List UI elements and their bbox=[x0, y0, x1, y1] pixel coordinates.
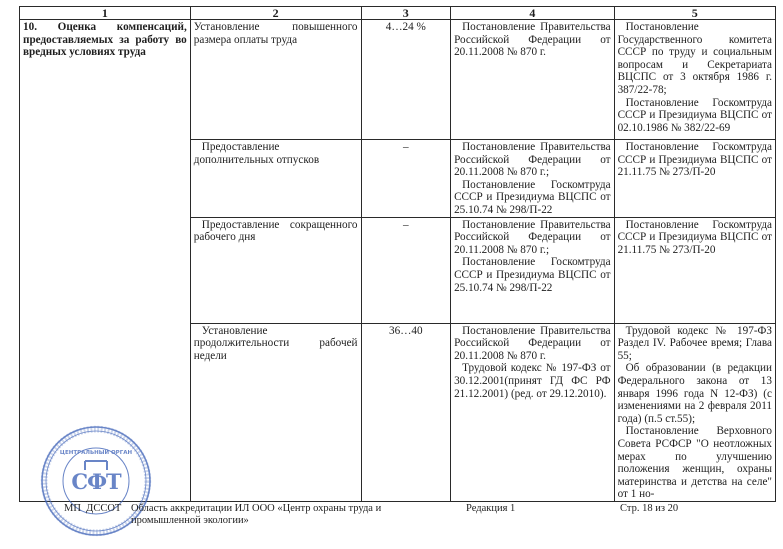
norm-docs-cell: Трудовой кодекс № 197-ФЗ Раздел IV. Рабо… bbox=[614, 323, 775, 501]
system-label: ДССОТ bbox=[86, 503, 121, 514]
value-cell: 4…24 % bbox=[361, 20, 451, 140]
doc-reference: Постановление Государственного комитета … bbox=[618, 21, 772, 97]
method-docs-cell: Постановление Правительства Российской Ф… bbox=[451, 323, 614, 501]
doc-reference: Постановление Госкомтруда СССР и Президи… bbox=[618, 97, 772, 135]
column-number-row: 1 2 3 4 5 bbox=[20, 7, 776, 20]
doc-reference: Постановление Госкомтруда СССР и Президи… bbox=[618, 219, 772, 257]
accreditation-text: Область аккредитации ИЛ ООО «Центр охран… bbox=[131, 503, 451, 527]
doc-reference: Постановление Госкомтруда СССР и Президи… bbox=[618, 141, 772, 179]
method-docs-cell: Постановление Правительства Российской Ф… bbox=[451, 20, 614, 140]
value-cell: – bbox=[361, 217, 451, 323]
column-number-5: 5 bbox=[614, 7, 775, 20]
measure-cell: Установление повышенного размера оплаты … bbox=[190, 20, 361, 140]
norm-docs-cell: Постановление Госкомтруда СССР и Президи… bbox=[614, 217, 775, 323]
doc-reference: Постановление Правительства Российской Ф… bbox=[454, 219, 610, 257]
value-cell: – bbox=[361, 140, 451, 218]
stamp-place-label: МП ДССОТ bbox=[64, 503, 121, 515]
svg-text:ЦЕНТРАЛЬНЫЙ ОРГАН: ЦЕНТРАЛЬНЫЙ ОРГАН bbox=[60, 448, 133, 456]
mp-label: МП bbox=[64, 503, 81, 514]
measure-cell: Предоставление дополнительных отпусков bbox=[190, 140, 361, 218]
measure-cell: Предоставление сокращенного рабочего дня bbox=[190, 217, 361, 323]
doc-reference: Постановление Верховного Совета РСФСР "О… bbox=[618, 425, 772, 501]
edition-label: Редакция 1 bbox=[466, 503, 515, 515]
norm-docs-cell: Постановление Государственного комитета … bbox=[614, 20, 775, 140]
doc-reference: Трудовой кодекс № 197-ФЗ от 30.12.2001(п… bbox=[454, 362, 610, 400]
doc-reference: Постановление Госкомтруда СССР и Президи… bbox=[454, 179, 610, 217]
doc-reference: Об образовании (в редакции Федерального … bbox=[618, 362, 772, 425]
method-docs-cell: Постановление Правительства Российской Ф… bbox=[451, 217, 614, 323]
svg-text:СФТ: СФТ bbox=[71, 469, 122, 494]
page-number: Стр. 18 из 20 bbox=[620, 503, 678, 515]
doc-reference: Трудовой кодекс № 197-ФЗ Раздел IV. Рабо… bbox=[618, 325, 772, 363]
method-docs-cell: Постановление Правительства Российской Ф… bbox=[451, 140, 614, 218]
column-number-2: 2 bbox=[190, 7, 361, 20]
column-number-4: 4 bbox=[451, 7, 614, 20]
measure-cell: Установление продолжительности рабочей н… bbox=[190, 323, 361, 501]
table-row: 10. Оценка компенсаций, предоставляемых … bbox=[20, 20, 776, 140]
doc-reference: Постановление Правительства Российской Ф… bbox=[454, 325, 610, 363]
doc-reference: Постановление Госкомтруда СССР и Президи… bbox=[454, 256, 610, 294]
document-page: 1 2 3 4 5 10. Оценка компенсаций, предос… bbox=[0, 0, 783, 549]
column-number-3: 3 bbox=[361, 7, 451, 20]
column-number-1: 1 bbox=[20, 7, 191, 20]
norm-docs-cell: Постановление Госкомтруда СССР и Президи… bbox=[614, 140, 775, 218]
doc-reference: Постановление Правительства Российской Ф… bbox=[454, 141, 610, 179]
value-cell: 36…40 bbox=[361, 323, 451, 501]
doc-reference: Постановление Правительства Российской Ф… bbox=[454, 21, 610, 59]
